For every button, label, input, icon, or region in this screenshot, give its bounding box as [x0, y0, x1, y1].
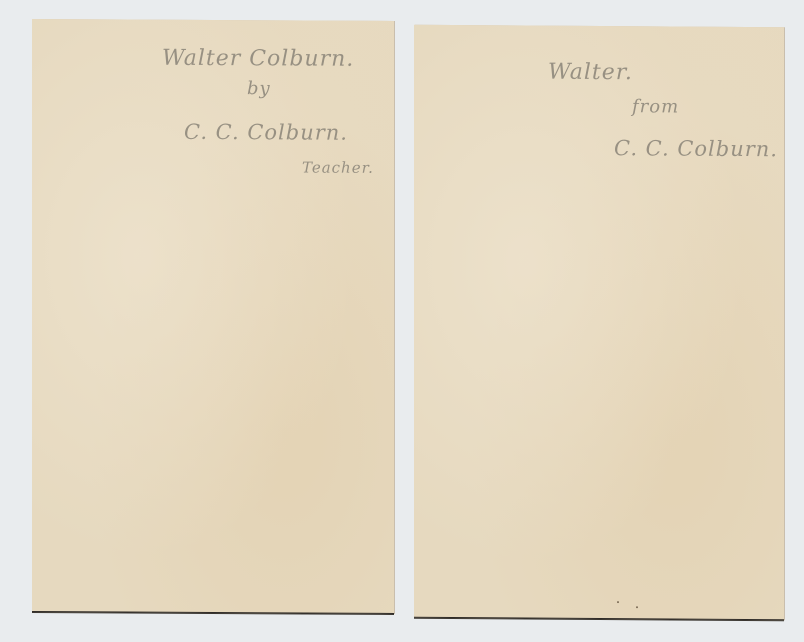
inscription-line: Walter Colburn.	[162, 46, 354, 72]
inscription-line: C. C. Colburn.	[614, 136, 778, 161]
inscription-line: by	[247, 78, 271, 99]
paper-speck	[636, 606, 638, 608]
inscription-line: Teacher.	[302, 158, 374, 176]
card-left: Walter Colburn. by C. C. Colburn. Teache…	[32, 19, 394, 614]
inscription-line: Walter.	[548, 60, 633, 86]
card-right: Walter. from C. C. Colburn.	[414, 25, 784, 621]
inscription-line: from	[632, 96, 679, 117]
inscription-line: C. C. Colburn.	[184, 120, 348, 145]
paper-speck	[617, 601, 619, 603]
